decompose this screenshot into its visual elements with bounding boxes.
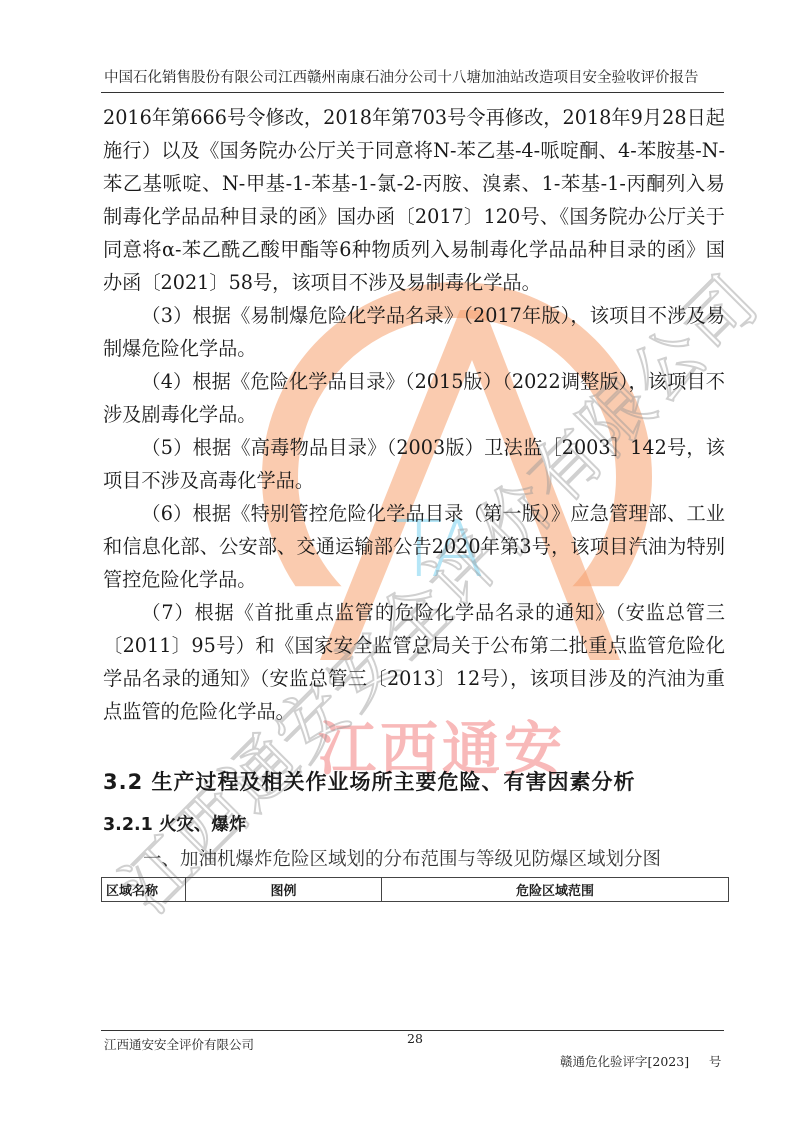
footer-company: 江西通安安全评价有限公司 [104,1035,254,1053]
table-header-cell: 区域名称 [102,878,186,902]
body-text: 2016年第666号令修改，2018年第703号令再修改，2018年9月28日起… [103,101,725,728]
hazard-zone-table: 区域名称 图例 危险区域范围 [101,877,729,902]
paragraph: （6）根据《特别管控危险化学品目录（第一版）》应急管理部、工业和信息化部、公安部… [103,497,725,596]
table-header-cell: 危险区域范围 [382,878,729,902]
paragraph: （3）根据《易制爆危险化学品名录》（2017年版），该项目不涉及易制爆危险化学品… [103,299,725,365]
section-heading: 3.2 生产过程及相关作业场所主要危险、有害因素分析 [103,766,636,796]
paragraph: （7）根据《首批重点监管的危险化学品名录的通知》（安监总管三〔2011〕95号）… [103,596,725,728]
document-page: 中国石化销售股份有限公司江西赣州南康石油分公司十八塘加油站改造项目安全验收评价报… [0,0,800,1131]
page-header: 中国石化销售股份有限公司江西赣州南康石油分公司十八塘加油站改造项目安全验收评价报… [104,66,724,87]
subsection-heading: 3.2.1 火灾、爆炸 [103,811,246,836]
header-divider [101,92,724,93]
table-header-row: 区域名称 图例 危险区域范围 [102,878,729,902]
paragraph: （4）根据《危险化学品目录》（2015版）（2022调整版），该项目不涉及剧毒化… [103,365,725,431]
figure-caption: 一、加油机爆炸危险区域划的分布范围与等级见防爆区域划分图 [143,845,661,871]
page-number: 28 [407,1031,423,1046]
paragraph: 2016年第666号令修改，2018年第703号令再修改，2018年9月28日起… [103,101,725,299]
footer-doc-number: 赣通危化验评字[2023] 号 [560,1052,721,1070]
paragraph: （5）根据《高毒物品目录》（2003版）卫法监［2003］142号，该项目不涉及… [103,431,725,497]
table-header-cell: 图例 [186,878,382,902]
